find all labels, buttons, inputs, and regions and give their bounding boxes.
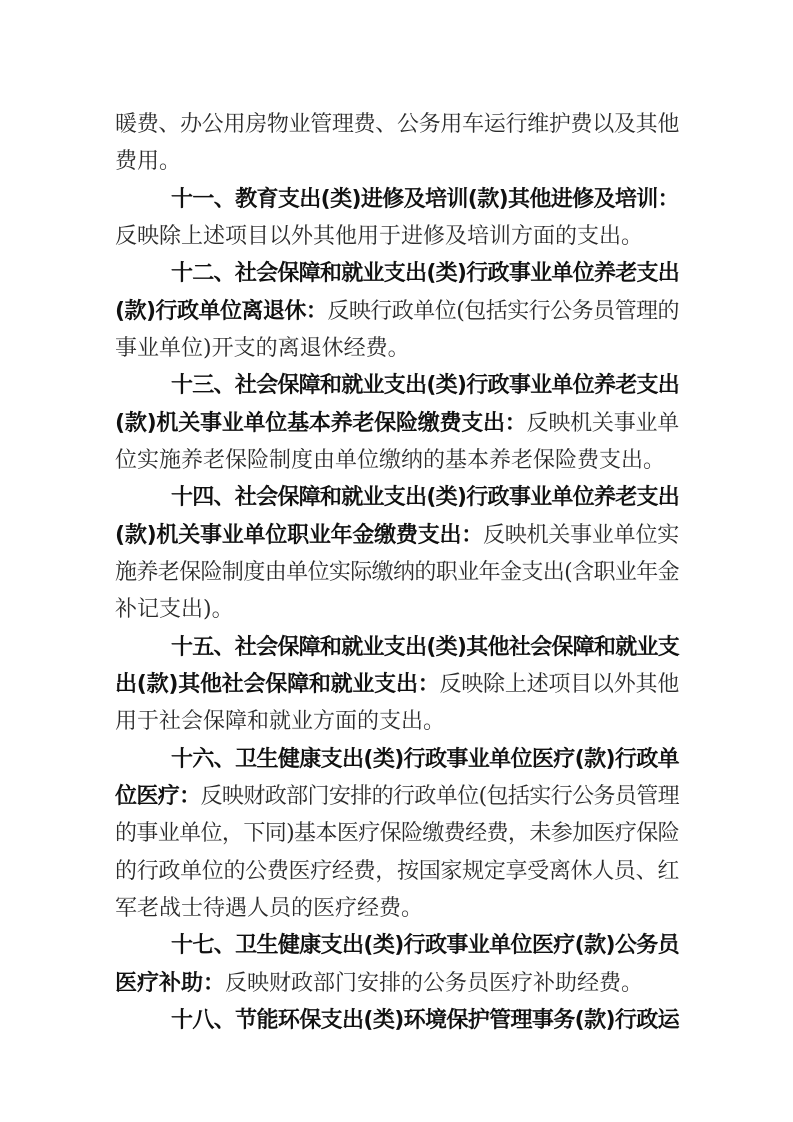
section-heading-17: 十七、卫生健康支出(类)行政事业单位医疗(款)公务员 [171, 927, 679, 964]
body-text: 位实施养老保险制度由单位缴纳的基本养老保险费支出。 [115, 448, 665, 473]
bold-heading-text: 位医疗： [115, 784, 201, 809]
section-heading-12: 十二、社会保障和就业支出(类)行政事业单位养老支出 [171, 255, 679, 292]
bold-heading-text: 十七、卫生健康支出(类)行政事业单位医疗(款)公务员 [171, 933, 679, 958]
body-text: 用于社会保障和就业方面的支出。 [115, 709, 445, 734]
text-line: 暖费、办公用房物业管理费、公务用车运行维护费以及其他 [115, 106, 679, 143]
body-text: 反映除上述项目以外其他 [440, 672, 680, 697]
text-line: 用于社会保障和就业方面的支出。 [115, 703, 679, 740]
text-line: 军老战士待遇人员的医疗经费。 [115, 890, 679, 927]
text-line: 位实施养老保险制度由单位缴纳的基本养老保险费支出。 [115, 442, 679, 479]
body-text: 反映行政单位(包括实行公务员管理的 [327, 299, 679, 324]
bold-heading-text: 十四、社会保障和就业支出(类)行政事业单位养老支出 [171, 485, 679, 510]
bold-heading-text: 医疗补助： [115, 971, 225, 996]
body-text: 的行政单位的公费医疗经费，按国家规定享受离休人员、红 [115, 859, 679, 884]
text-line: (款)机关事业单位职业年金缴费支出：反映机关事业单位实 [115, 517, 679, 554]
bold-heading-text: 十一、教育支出(类)进修及培训(款)其他进修及培训： [171, 187, 679, 212]
bold-heading-text: 十五、社会保障和就业支出(类)其他社会保障和就业支 [171, 635, 679, 660]
section-heading-13: 十三、社会保障和就业支出(类)行政事业单位养老支出 [171, 367, 679, 404]
text-line: (款)机关事业单位基本养老保险缴费支出：反映机关事业单 [115, 405, 679, 442]
section-heading-11: 十一、教育支出(类)进修及培训(款)其他进修及培训： [171, 181, 679, 218]
bold-heading-text: 十二、社会保障和就业支出(类)行政事业单位养老支出 [171, 261, 679, 286]
body-text: 反映机关事业单 [527, 411, 679, 436]
text-line: 位医疗：反映财政部门安排的行政单位(包括实行公务员管理 [115, 778, 679, 815]
bold-heading-text: (款)机关事业单位职业年金缴费支出： [115, 523, 483, 548]
document-page: 暖费、办公用房物业管理费、公务用车运行维护费以及其他 费用。 十一、教育支出(类… [0, 0, 793, 1122]
section-heading-16: 十六、卫生健康支出(类)行政事业单位医疗(款)行政单 [171, 741, 679, 778]
section-heading-15: 十五、社会保障和就业支出(类)其他社会保障和就业支 [171, 629, 679, 666]
text-line: 的行政单位的公费医疗经费，按国家规定享受离休人员、红 [115, 853, 679, 890]
text-line: 费用。 [115, 143, 679, 180]
text-line: (款)行政单位离退休：反映行政单位(包括实行公务员管理的 [115, 293, 679, 330]
body-text: 反映财政部门安排的行政单位(包括实行公务员管理 [201, 784, 679, 809]
bold-heading-text: 十六、卫生健康支出(类)行政事业单位医疗(款)行政单 [171, 747, 679, 772]
bold-heading-text: 出(款)其他社会保障和就业支出： [115, 672, 440, 697]
bold-heading-text: 十三、社会保障和就业支出(类)行政事业单位养老支出 [171, 373, 679, 398]
body-text: 军老战士待遇人员的医疗经费。 [115, 896, 423, 921]
body-text: 暖费、办公用房物业管理费、公务用车运行维护费以及其他 [115, 112, 679, 137]
text-line: 出(款)其他社会保障和就业支出：反映除上述项目以外其他 [115, 666, 679, 703]
body-text: 反映财政部门安排的公务员医疗补助经费。 [225, 971, 643, 996]
text-line: 反映除上述项目以外其他用于进修及培训方面的支出。 [115, 218, 679, 255]
body-text: 反映除上述项目以外其他用于进修及培训方面的支出。 [115, 224, 643, 249]
body-text: 施养老保险制度由单位实际缴纳的职业年金支出(含职业年金 [115, 560, 679, 585]
text-line: 医疗补助：反映财政部门安排的公务员医疗补助经费。 [115, 965, 679, 1002]
section-heading-14: 十四、社会保障和就业支出(类)行政事业单位养老支出 [171, 479, 679, 516]
body-text: 事业单位)开支的离退休经费。 [115, 336, 410, 361]
text-line: 事业单位)开支的离退休经费。 [115, 330, 679, 367]
text-line: 的事业单位，下同)基本医疗保险缴费经费，未参加医疗保险 [115, 815, 679, 852]
body-text: 反映机关事业单位实 [483, 523, 679, 548]
bold-heading-text: (款)机关事业单位基本养老保险缴费支出： [115, 411, 527, 436]
bold-heading-text: (款)行政单位离退休： [115, 299, 327, 324]
text-line: 补记支出)。 [115, 591, 679, 628]
body-text: 补记支出)。 [115, 597, 234, 622]
body-text: 费用。 [115, 149, 181, 174]
body-text: 的事业单位，下同)基本医疗保险缴费经费，未参加医疗保险 [115, 821, 679, 846]
bold-heading-text: 十八、节能环保支出(类)环境保护管理事务(款)行政运 [171, 1008, 679, 1033]
text-line: 施养老保险制度由单位实际缴纳的职业年金支出(含职业年金 [115, 554, 679, 591]
section-heading-18: 十八、节能环保支出(类)环境保护管理事务(款)行政运 [171, 1002, 679, 1039]
